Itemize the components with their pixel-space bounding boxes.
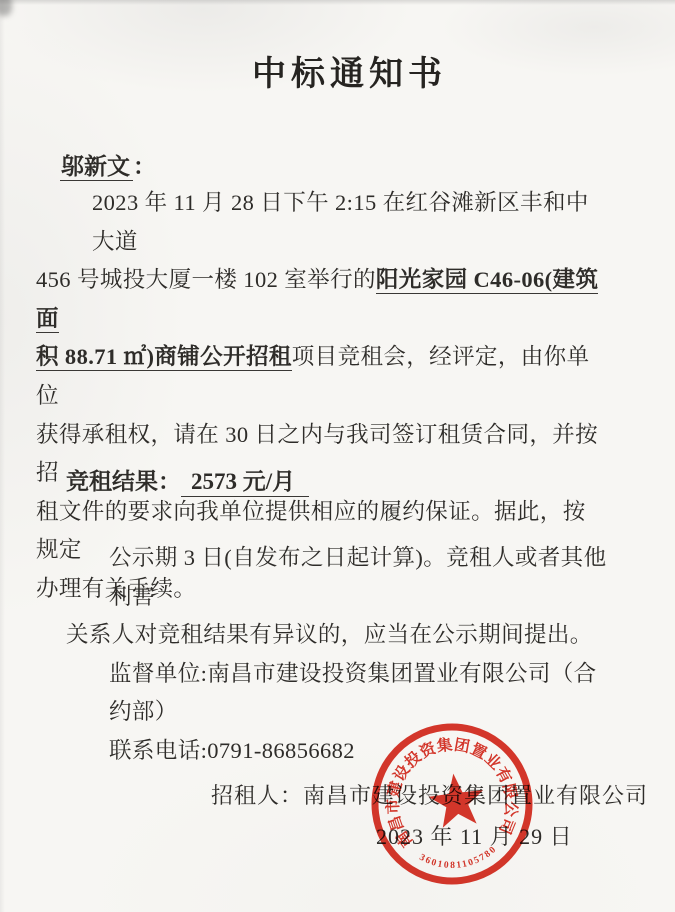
- official-seal-stamp: 南昌市建设投资集团置业有限公司 3601081105780: [342, 694, 562, 912]
- paragraph-text: 456 号城投大厦一楼 102 室举行的: [36, 267, 376, 292]
- paragraph-line: 2023 年 11 月 28 日下午 2:15 在红谷滩新区丰和中大道: [36, 184, 608, 261]
- bid-result-line: 竞租结果：2573 元/月: [66, 463, 309, 496]
- document-title: 中标通知书: [0, 46, 675, 95]
- addressee-line: 邬新文：: [60, 148, 156, 181]
- bid-result-label: 竞租结果：: [66, 469, 181, 494]
- addressee-colon: ：: [133, 154, 156, 179]
- paragraph-line: 公示期 3 日(自发布之日起计算)。竞租人或者其他利害: [66, 539, 611, 616]
- paragraph-line: 关系人对竞租结果有异议的，应当在公示期间提出。: [66, 616, 611, 655]
- paragraph-line: 456 号城投大厦一楼 102 室举行的阳光家园 C46-06(建筑面: [36, 261, 608, 338]
- addressee-name: 邬新文: [60, 154, 133, 181]
- seal-star-icon: [426, 770, 487, 829]
- scanned-document-page: 中标通知书 邬新文： 2023 年 11 月 28 日下午 2:15 在红谷滩新…: [0, 0, 675, 912]
- scan-corner-smudge: [0, 0, 12, 16]
- paragraph-line: 积 88.71 ㎡)商铺公开招租项目竞租会，经评定，由你单位: [36, 338, 608, 415]
- project-name-emphasis: 积 88.71 ㎡)商铺公开招租: [36, 344, 292, 371]
- bid-result-value: 2573 元/月: [181, 469, 309, 497]
